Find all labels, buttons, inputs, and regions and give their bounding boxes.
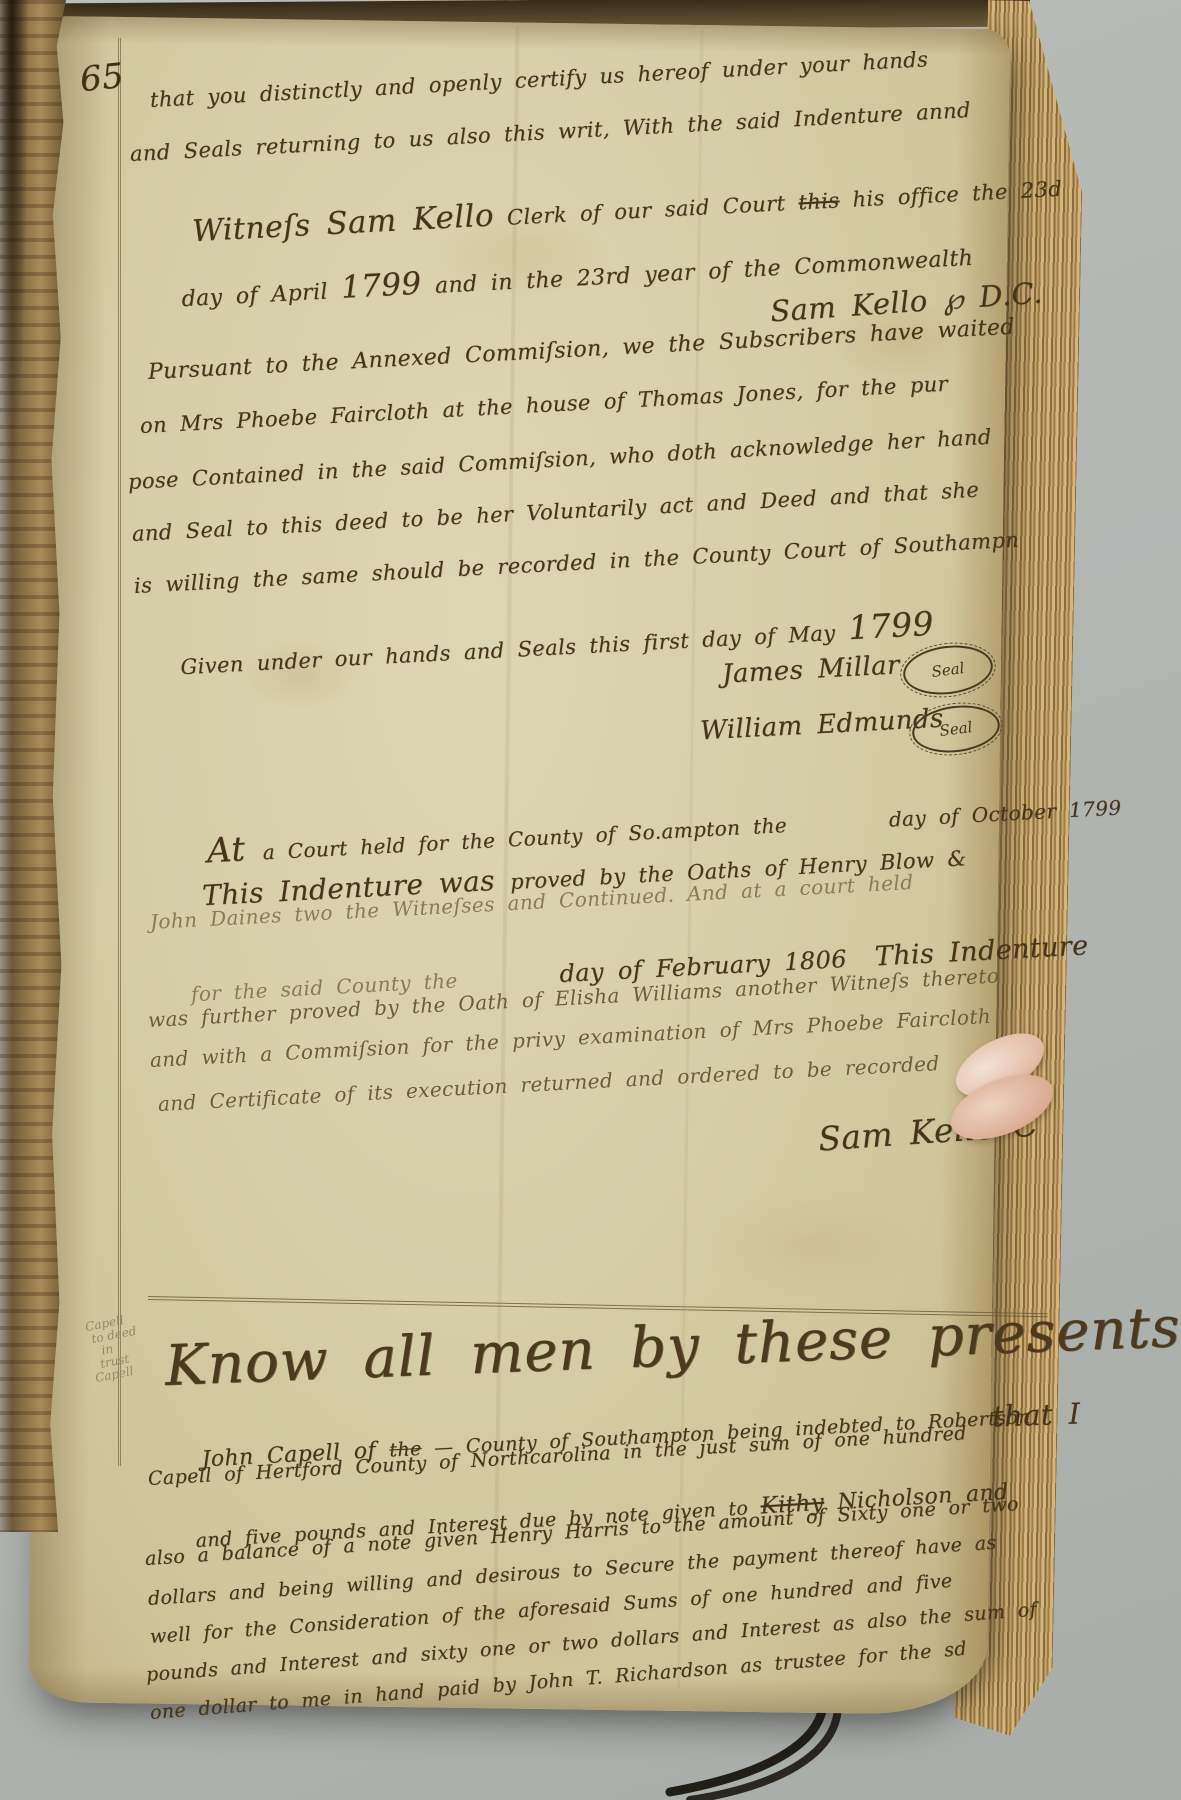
clerk-name: Sam Kello: [325, 197, 494, 242]
given-year: 1799: [847, 604, 935, 647]
date-text: day of April: [181, 279, 342, 312]
page-number: 65: [78, 56, 126, 100]
seal-label: Seal: [931, 659, 966, 681]
witness-word: Witneſs: [191, 207, 327, 249]
witness-text: his office the 23d: [839, 177, 1063, 213]
struck-word: this: [798, 188, 840, 214]
margin-rule-vertical: [118, 38, 121, 1466]
seal-label: Seal: [939, 718, 974, 740]
date-year: 1799: [340, 266, 422, 306]
scanned-manuscript-page: 65 that you distinctly and openly certif…: [0, 0, 1181, 1800]
